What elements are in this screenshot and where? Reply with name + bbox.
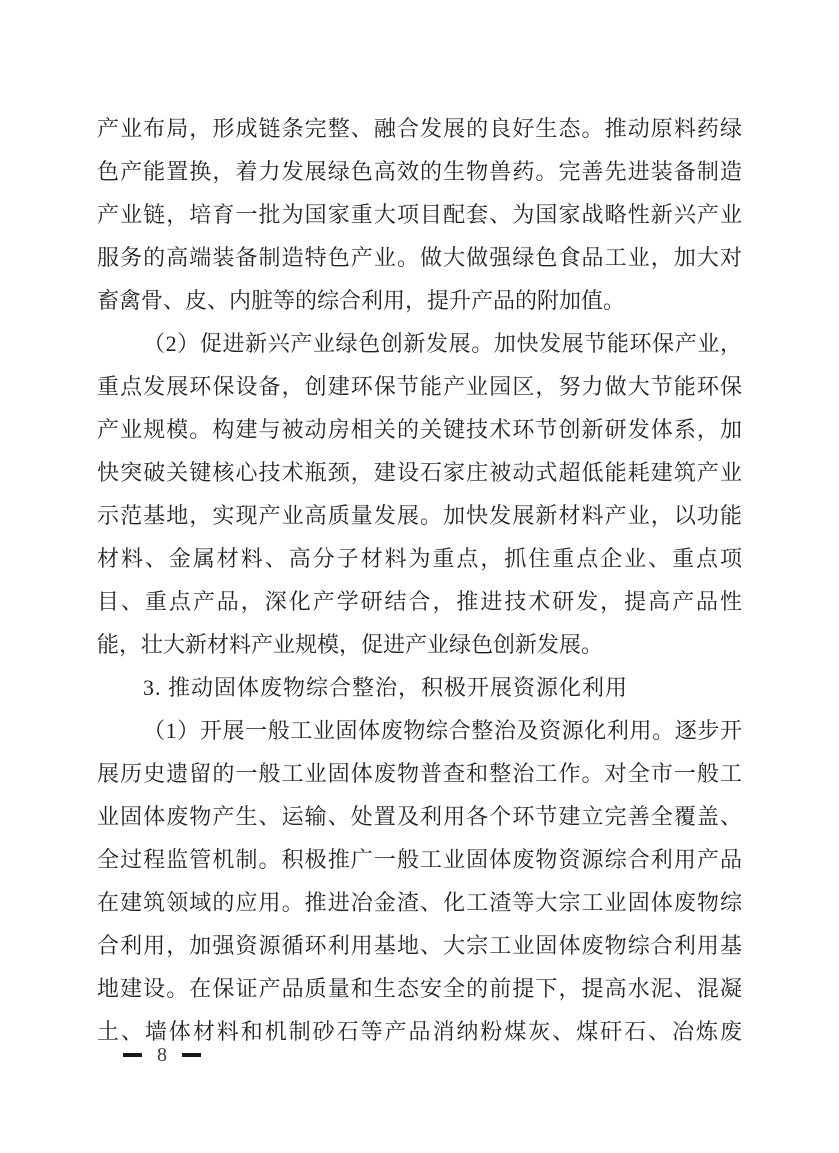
text-line: 展历史遗留的一般工业固体废物普查和整治工作。对全市一般工 — [97, 752, 742, 795]
text-line: 产业链，培育一批为国家重大项目配套、为国家战略性新兴产业 — [97, 193, 742, 236]
text-line: 材料、金属材料、高分子材料为重点，抓住重点企业、重点项 — [97, 537, 742, 580]
text-line: 示范基地，实现产业高质量发展。加快发展新材料产业，以功能 — [97, 494, 742, 537]
text-line: 合利用，加强资源循环利用基地、大宗工业固体废物综合利用基 — [97, 924, 742, 967]
para-general-solid-waste: （1）开展一般工业固体废物综合整治及资源化利用。逐步开展历史遗留的一般工业固体废… — [97, 709, 742, 1053]
para-emerging-industries: （2）促进新兴产业绿色创新发展。加快发展节能环保产业，重点发展环保设备，创建环保… — [97, 322, 742, 666]
text-line: 能，壮大新材料产业规模，促进产业绿色创新发展。 — [97, 623, 742, 666]
text-line: 全过程监管机制。积极推广一般工业固体废物资源综合利用产品 — [97, 838, 742, 881]
text-block: 产业布局，形成链条完整、融合发展的良好生态。推动原料药绿色产能置换，着力发展绿色… — [97, 107, 742, 1053]
text-line: 快突破关键核心技术瓶颈，建设石家庄被动式超低能耗建筑产业 — [97, 451, 742, 494]
text-line: （2）促进新兴产业绿色创新发展。加快发展节能环保产业， — [97, 322, 742, 365]
text-line: 目、重点产品，深化产学研结合，推进技术研发，提高产品性 — [97, 580, 742, 623]
page-footer: 8 — [123, 1043, 201, 1067]
page-number: 8 — [157, 1043, 167, 1067]
text-line: （1）开展一般工业固体废物综合整治及资源化利用。逐步开 — [97, 709, 742, 752]
text-line: 业固体废物产生、运输、处置及利用各个环节建立完善全覆盖、 — [97, 795, 742, 838]
footer-left-dash — [123, 1053, 142, 1057]
text-line: 3. 推动固体废物综合整治，积极开展资源化利用 — [97, 666, 742, 709]
text-line: 地建设。在保证产品质量和生态安全的前提下，提高水泥、混凝 — [97, 967, 742, 1010]
text-line: 产业规模。构建与被动房相关的关键技术环节创新研发体系，加 — [97, 408, 742, 451]
text-line: 重点发展环保设备，创建环保节能产业园区，努力做大节能环保 — [97, 365, 742, 408]
text-line: 服务的高端装备制造特色产业。做大做强绿色食品工业，加大对 — [97, 236, 742, 279]
document-page: 产业布局，形成链条完整、融合发展的良好生态。推动原料药绿色产能置换，着力发展绿色… — [0, 0, 839, 1153]
text-line: 畜禽骨、皮、内脏等的综合利用，提升产品的附加值。 — [97, 279, 742, 322]
footer-right-dash — [182, 1053, 201, 1057]
text-line: 产业布局，形成链条完整、融合发展的良好生态。推动原料药绿 — [97, 107, 742, 150]
text-line: 在建筑领域的应用。推进冶金渣、化工渣等大宗工业固体废物综 — [97, 881, 742, 924]
text-line: 色产能置换，着力发展绿色高效的生物兽药。完善先进装备制造 — [97, 150, 742, 193]
heading-solid-waste: 3. 推动固体废物综合整治，积极开展资源化利用 — [97, 666, 742, 709]
para-industry-layout: 产业布局，形成链条完整、融合发展的良好生态。推动原料药绿色产能置换，着力发展绿色… — [97, 107, 742, 322]
